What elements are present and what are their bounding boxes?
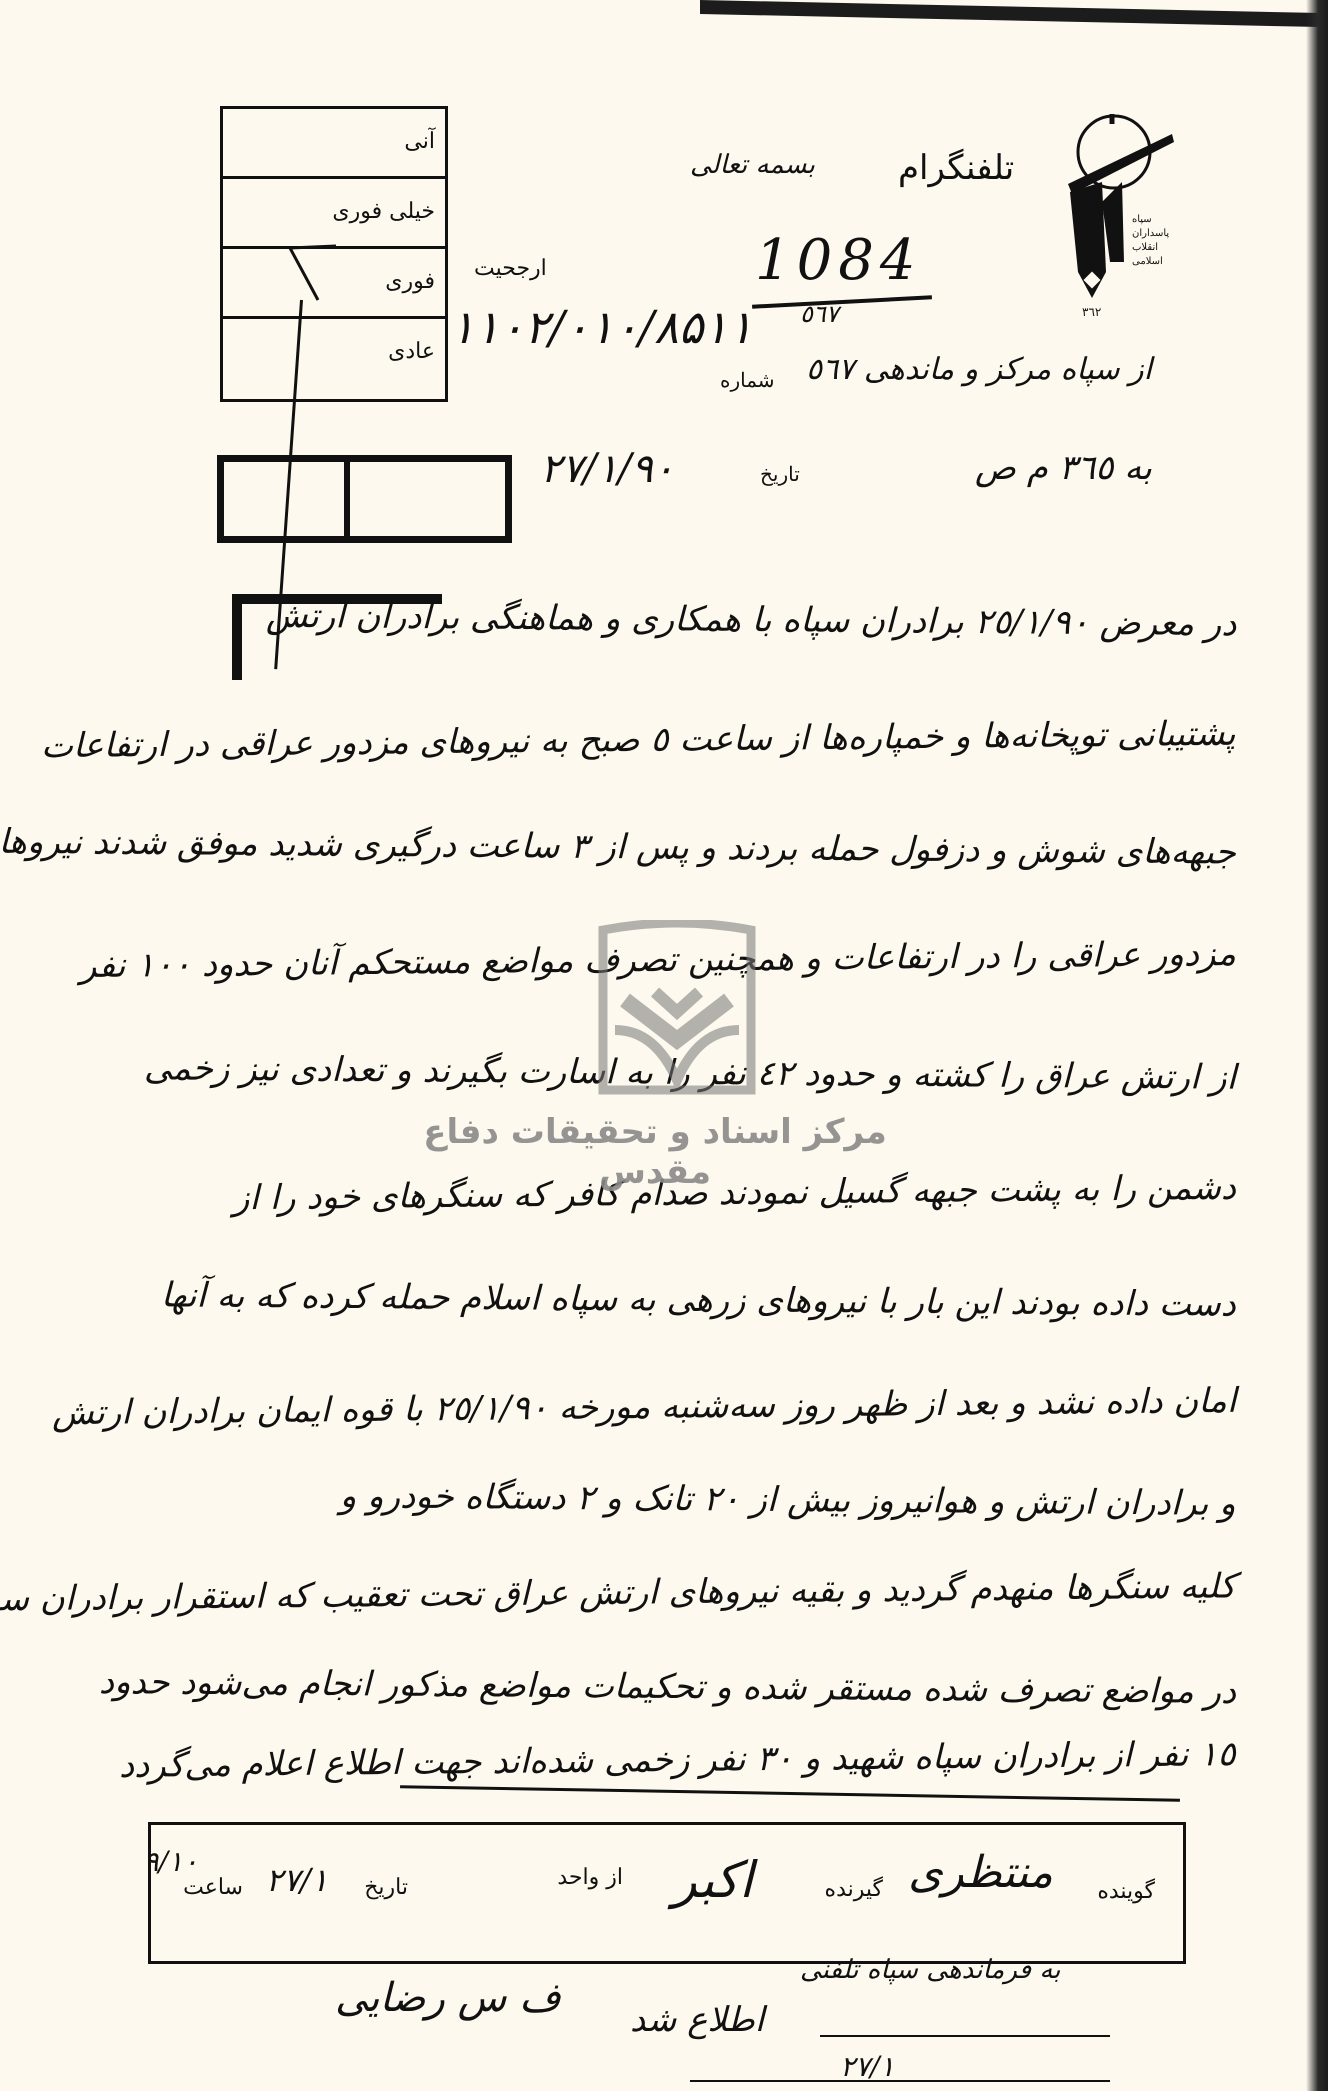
date-value: ٢٧/١/٩٠ xyxy=(540,446,674,492)
note-date: ٢٧/١ xyxy=(840,2050,895,2083)
svg-text:پاسداران: پاسداران xyxy=(1132,228,1169,239)
date-label: تاریخ xyxy=(760,462,800,486)
bismillah-heading: بسمه تعالی xyxy=(690,150,815,180)
body-line: دست داده بودند این بار با نیروهای زرهی ب… xyxy=(161,1275,1236,1324)
svg-text:اسلامی: اسلامی xyxy=(1132,256,1163,267)
footer-date: ٢٧/١ xyxy=(266,1861,328,1899)
receiver-name: اکبر xyxy=(673,1851,753,1909)
body-end-rule xyxy=(400,1785,1180,1802)
footer-box: گوینده منتظری گیرنده اکبر از واحد تاریخ … xyxy=(148,1822,1186,1964)
archive-watermark-icon xyxy=(595,920,759,1096)
scan-border-top xyxy=(700,0,1328,27)
message-number-sub: ٥٦٧ xyxy=(800,300,839,328)
svg-text:انقلاب: انقلاب xyxy=(1132,242,1158,253)
body-line: و برادران ارتش و هوانیروز بیش از ٢٠ تانک… xyxy=(340,1476,1236,1524)
from-field: از سپاه مرکز و ماندهی ٥٦٧ xyxy=(806,352,1152,387)
sender-name: منتظری xyxy=(908,1847,1053,1898)
body-line: ١٥ نفر از برادران سپاه شهید و ٣٠ نفر زخم… xyxy=(119,1734,1236,1786)
svg-text:سپاه: سپاه xyxy=(1132,214,1152,225)
body-line: جبهه‌های شوش و دزفول حمله بردند و پس از … xyxy=(0,821,1236,872)
note-informed-by-phone: به فرماندهی سپاه تلفنی xyxy=(800,1955,1061,1985)
number-label: شماره xyxy=(720,368,775,392)
priority-label: ارجحیت xyxy=(474,256,547,281)
serial-number: ۱۱۰۲/۰۱۰/۸۵۱۱ xyxy=(450,300,753,354)
archive-watermark-text: مرکز اسناد و تحقیقات دفاع مقدس xyxy=(400,1112,910,1192)
footer-date-label: تاریخ xyxy=(364,1875,408,1900)
body-line: امان داده نشد و بعد از ظهر روز سه‌شنبه م… xyxy=(52,1381,1237,1433)
check-mark-icon xyxy=(288,244,368,304)
note-informed: اطلاع شد xyxy=(630,2000,764,2040)
signature-left: ف س رضایی xyxy=(335,1975,561,2021)
signature-rule xyxy=(820,2035,1110,2037)
priority-option-immediate: آنی xyxy=(223,109,445,179)
to-field: به ٣٦٥ م ص xyxy=(975,448,1152,488)
priority-option-very-urgent: خیلی فوری xyxy=(223,179,445,249)
svg-text:٣٦٢: ٣٦٢ xyxy=(1082,305,1101,319)
form-title: تلفنگرام xyxy=(898,148,1014,188)
unit-label: از واحد xyxy=(557,1865,623,1890)
stamp-divider xyxy=(344,462,350,536)
body-line: کلیه سنگرها منهدم گردید و بقیه نیروهای ا… xyxy=(0,1566,1236,1619)
stamp-box xyxy=(217,455,512,543)
sender-label: گوینده xyxy=(1097,1879,1155,1904)
body-line: پشتیبانی توپخانه‌ها و خمپاره‌ها از ساعت … xyxy=(41,714,1236,767)
footer-time: ٩/١٠ xyxy=(143,1845,198,1878)
scan-border-right xyxy=(1306,0,1328,2091)
message-number: 1084 xyxy=(755,228,922,293)
body-line: در مواضع تصرف شده مستقر شده و تحکیمات مو… xyxy=(99,1662,1237,1712)
message-number-underline xyxy=(752,295,932,308)
time-label: ساعت xyxy=(183,1875,243,1900)
signature-rule-2 xyxy=(690,2080,1110,2082)
receiver-label: گیرنده xyxy=(825,1877,883,1902)
body-line: در معرض ٢٥/١/٩٠ برادران سپاه با همکاری و… xyxy=(265,596,1236,644)
sepah-emblem-icon: سپاه پاسداران انقلاب اسلامی ٣٦٢ xyxy=(1062,112,1176,322)
priority-option-normal: عادی xyxy=(223,319,445,389)
